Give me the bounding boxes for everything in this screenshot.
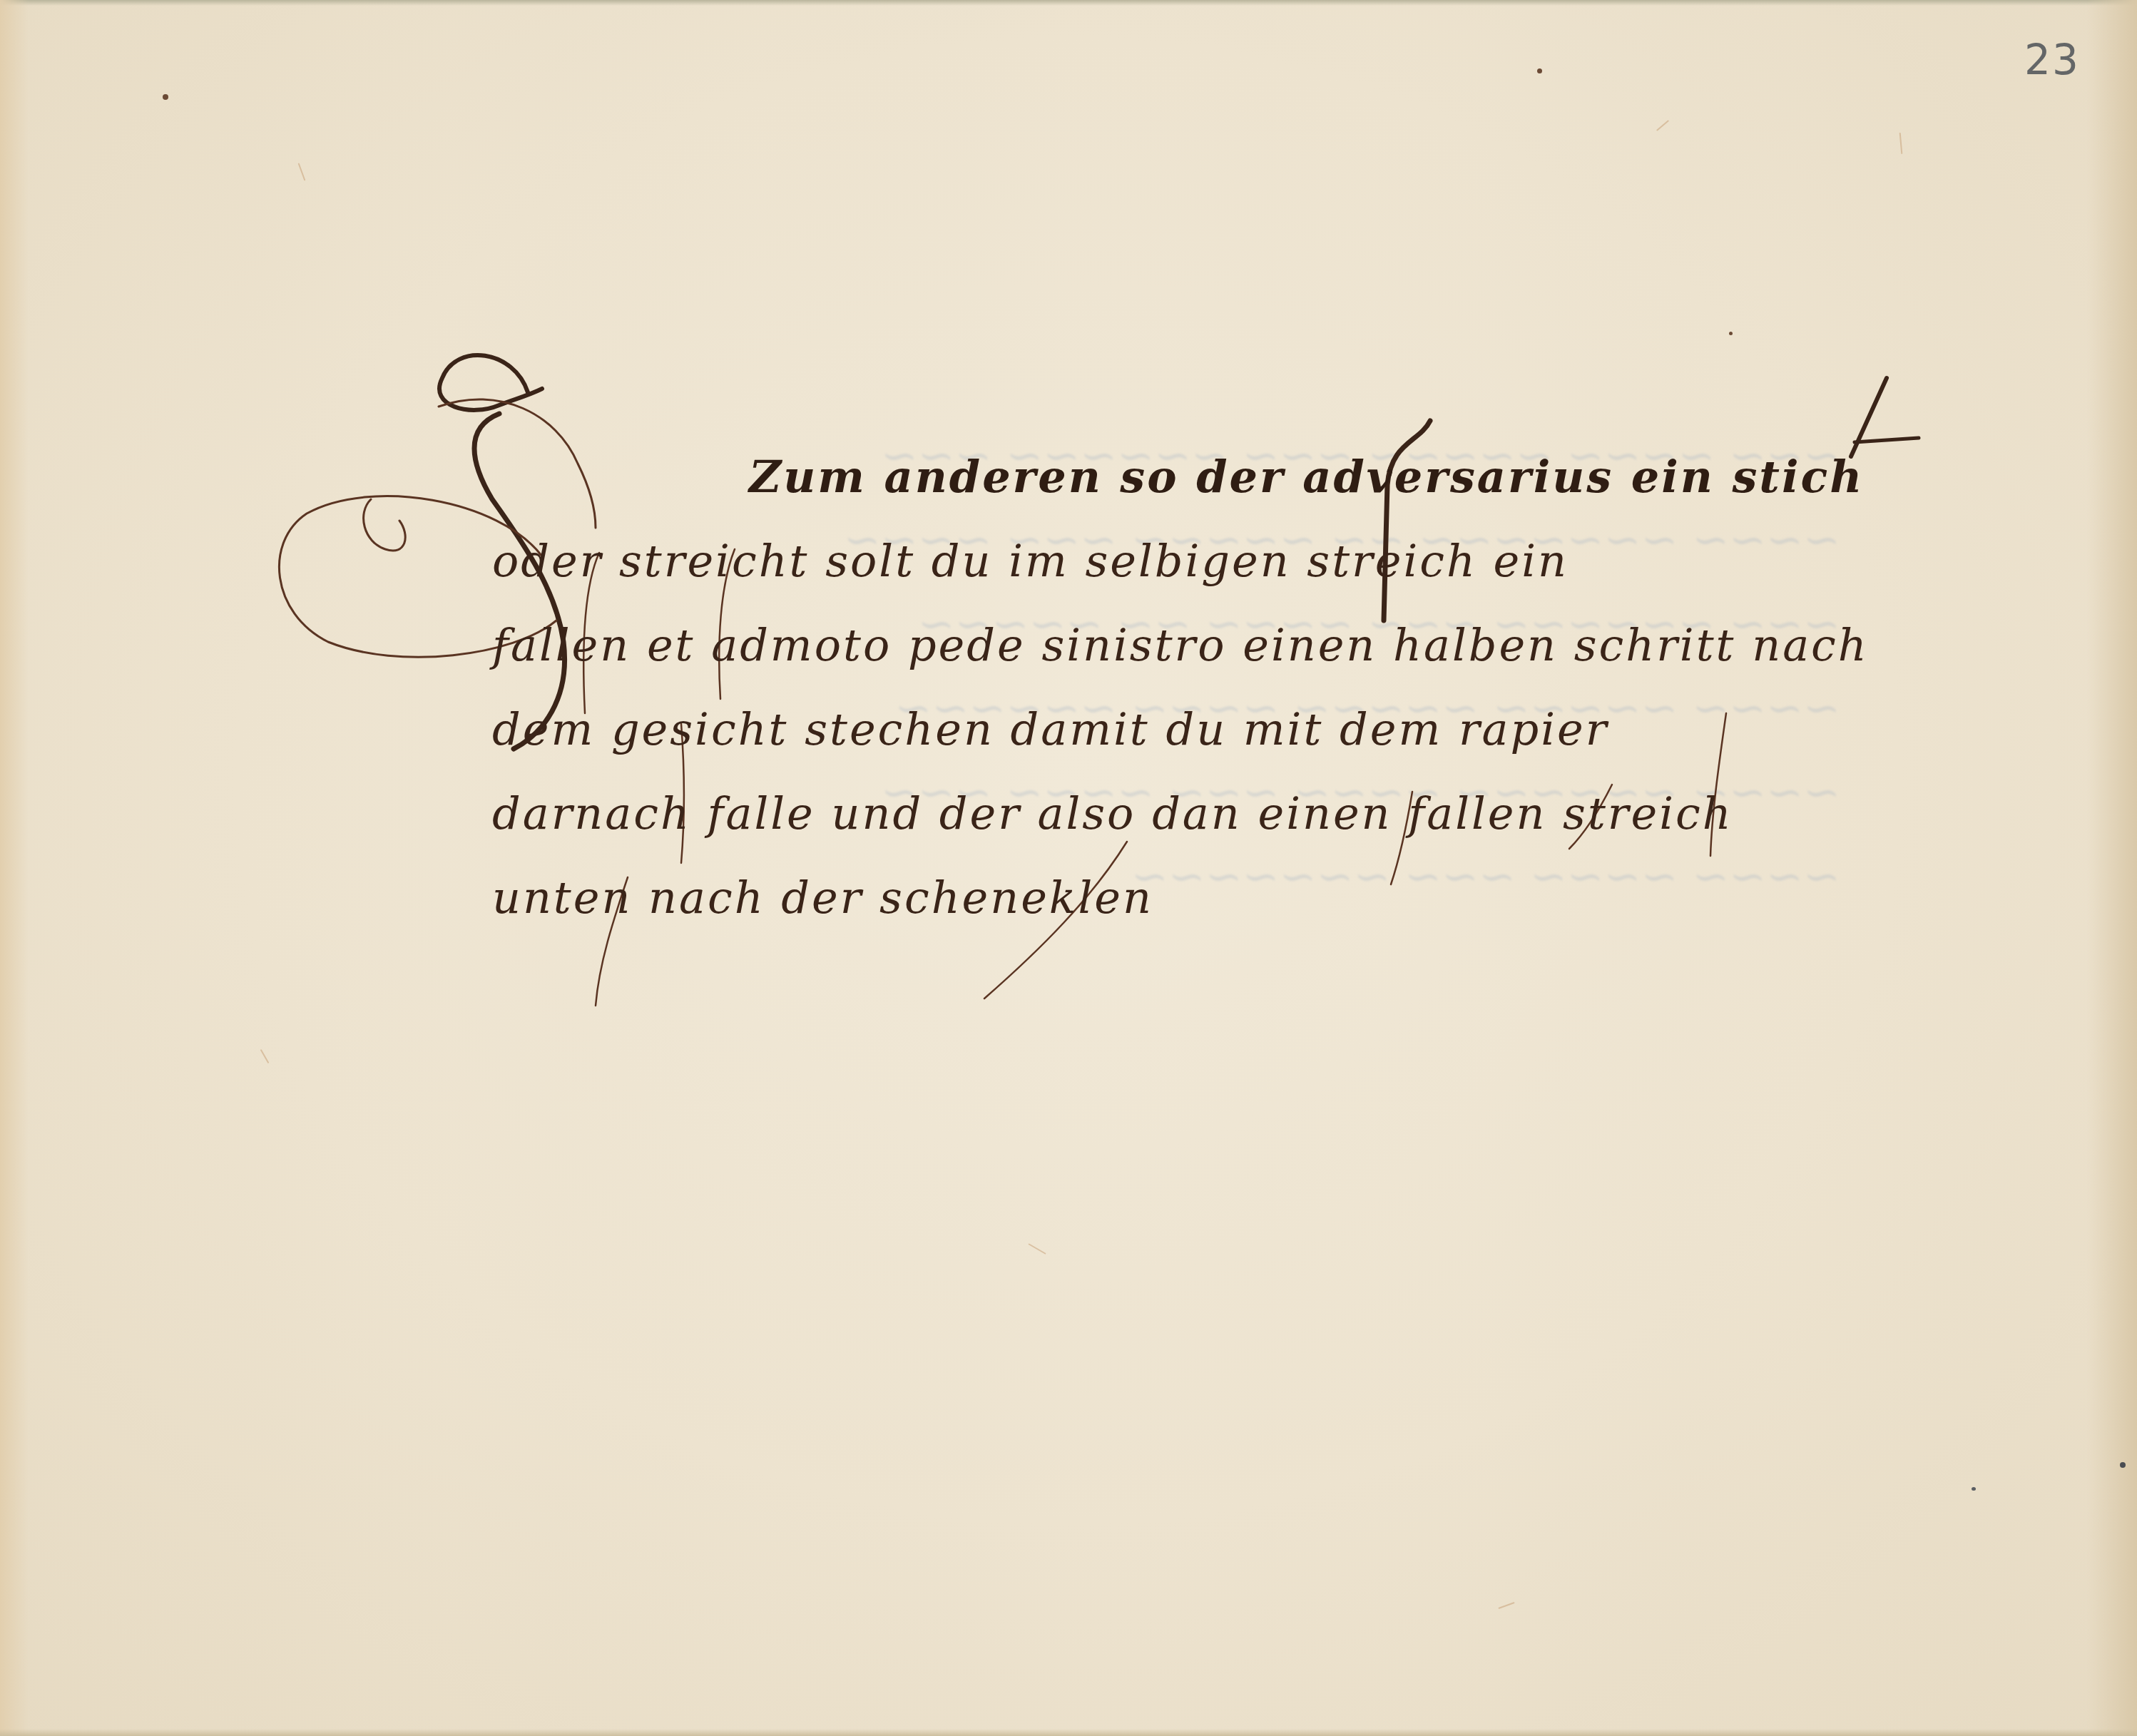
- text-line-5: darnach falle und der also dan einen fal…: [492, 772, 1883, 856]
- page-edge-right: [2087, 0, 2137, 1736]
- page-edge-top: [0, 0, 2137, 6]
- paper-speck: [2120, 1462, 2126, 1468]
- paper-speck: [163, 94, 168, 100]
- paper-fiber: [260, 1049, 270, 1063]
- paper-speck: [1729, 332, 1733, 335]
- text-line-2: oder streicht solt du im selbigen streic…: [492, 519, 1883, 603]
- text-line-3: fallen et admoto pede sinistro einen hal…: [492, 603, 1883, 688]
- paper-speck: [1537, 68, 1542, 73]
- manuscript-text: Zum anderen so der adversarius ein stich…: [492, 435, 1883, 940]
- page-edge-left: [0, 0, 29, 1736]
- text-line-1: Zum anderen so der adversarius ein stich: [749, 435, 1883, 519]
- paper-fiber: [298, 163, 306, 180]
- text-line-4: dem gesicht stechen damit du mit dem rap…: [492, 688, 1883, 772]
- page-edge-bottom: [0, 1729, 2137, 1736]
- paper-fiber: [1028, 1243, 1046, 1255]
- paper-fiber: [1656, 120, 1669, 131]
- text-line-6: unten nach der scheneklen: [492, 856, 1883, 940]
- paper-fiber: [1498, 1602, 1514, 1609]
- initial-letter: Z: [264, 335, 521, 735]
- paper-fiber: [1899, 133, 1903, 154]
- manuscript-page: 23 ~~~ ~~~~ ~~~~~ ~~~ ~~~~~~ ~~~ ~~~~ ~~…: [0, 0, 2137, 1736]
- folio-number: 23: [2024, 36, 2080, 84]
- paper-speck: [1972, 1487, 1976, 1491]
